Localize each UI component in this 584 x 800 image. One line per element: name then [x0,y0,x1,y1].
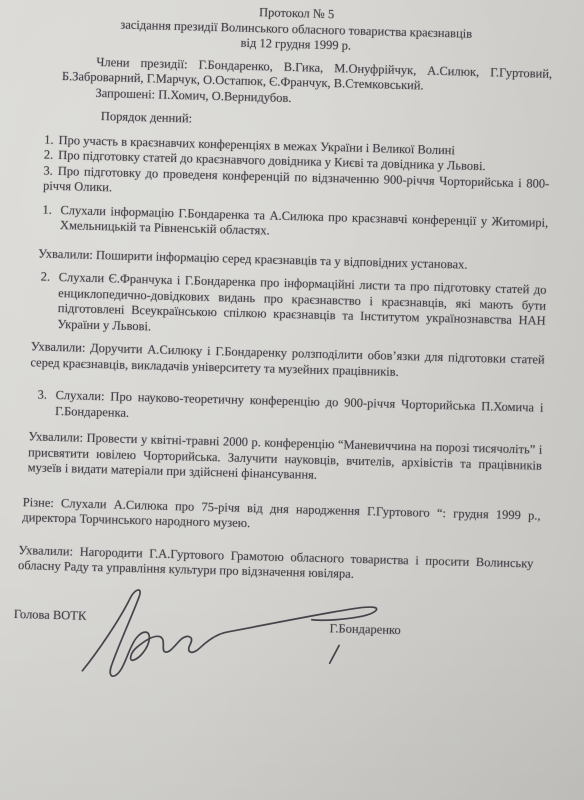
agenda-list: 1.Про участь в краєзнавчих конференціях … [35,132,550,207]
minute-item-resolution: Ухвалили: Доручити А.Силюку і Г.Бондарен… [30,339,545,383]
minute-item: 2. Слухали Є.Франчука і Г.Бондаренка про… [39,270,546,345]
minute-item-heard: Слухали Є.Франчука і Г.Бондаренка про ін… [57,270,546,345]
minute-item: 1. Слухали інформацію Г.Бондаренка та А.… [42,202,549,246]
agenda-heading: Порядок денний: [101,109,551,136]
minute-item-number: 3. [37,387,56,418]
miscellaneous-paragraph: Різне: Слухали А.Силюка про 75-річя від … [22,495,541,540]
agenda-item-number: 2. [44,148,54,162]
document-content: Протокол № 5 засідання президії Волинськ… [0,0,584,800]
signature-tail-stroke [330,645,339,663]
minute-item: 3. Слухали: Про науково-теоретичну конфе… [37,387,544,431]
chairman-name: Г.Бондаренко [329,621,401,638]
photographed-document-page: Протокол № 5 засідання президії Волинськ… [0,0,584,800]
signature-block: Голова ВОТК Г.Бондаренко [12,581,539,705]
minute-item-resolution: Ухвалили: Поширити інформацію серед крає… [38,246,547,275]
chairman-title-label: Голова ВОТК [14,606,87,623]
minute-item-resolution: Ухвалили: Провести у квітні-травні 2000 … [27,429,542,489]
minute-item-number: 2. [39,270,59,332]
agenda-item-number: 1. [44,132,54,146]
minute-item-heard: Слухали інформацію Г.Бондаренка та А.Сил… [60,203,549,247]
minute-item-heard: Слухали: Про науково-теоретичну конферен… [55,388,544,432]
minute-item-number: 1. [42,202,61,233]
agenda-item-number: 3. [43,163,53,177]
